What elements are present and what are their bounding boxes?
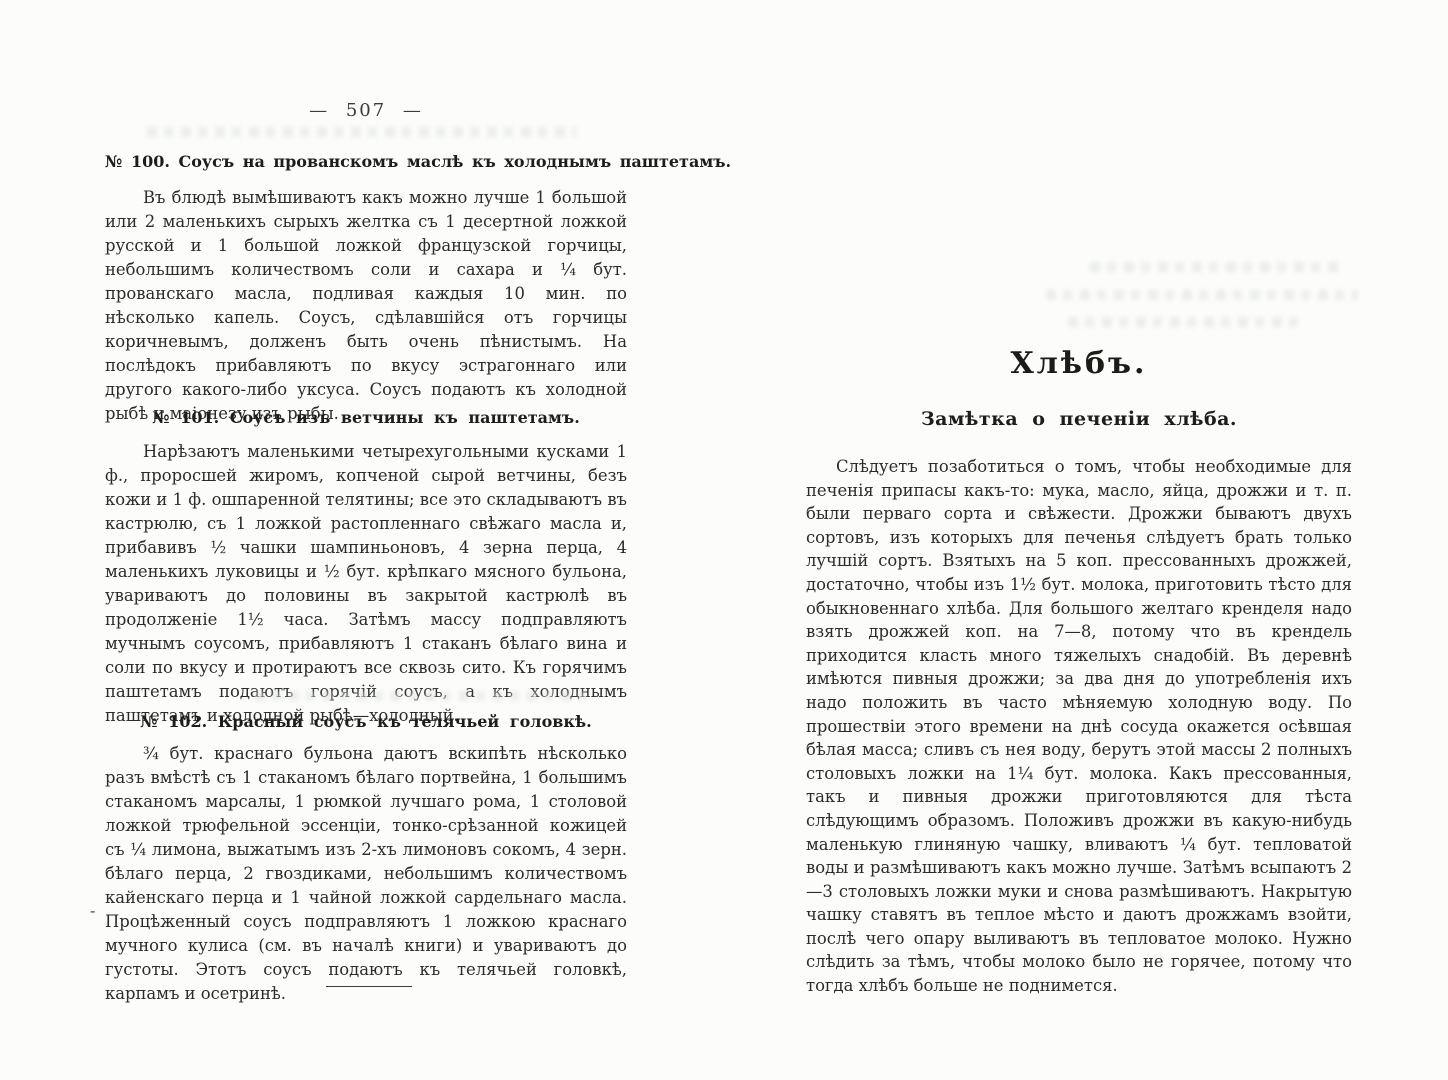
show-through-artifact [1068, 317, 1303, 327]
page-number: — 507 — [105, 100, 627, 121]
show-through-artifact [1090, 262, 1340, 272]
note-subtitle: Замѣтка о печеніи хлѣба. [806, 408, 1352, 430]
chapter-title: Хлѣбъ. [806, 346, 1352, 381]
show-through-artifact [1046, 290, 1358, 300]
show-through-artifact [147, 127, 577, 137]
section-divider [326, 986, 412, 987]
book-scan: { "left_page": { "page_number": "— 507 —… [0, 0, 1448, 1080]
right-page: Хлѣбъ. Замѣтка о печеніи хлѣба. Слѣдуетъ… [806, 0, 1352, 1080]
recipe-100-body: Въ блюдѣ вымѣшиваютъ какъ можно лучше 1 … [105, 186, 627, 426]
left-page: — 507 — № 100. Соусъ на прованскомъ масл… [105, 0, 627, 1080]
note-body: Слѣдуетъ позаботиться о томъ, чтобы необ… [806, 455, 1352, 998]
recipe-102-heading: № 102. Красный соусъ къ телячьей головкѣ… [105, 712, 627, 731]
stray-ink-mark: - [90, 901, 95, 920]
recipe-101-body: Нарѣзаютъ маленькими четырехугольными ку… [105, 440, 627, 728]
recipe-100-heading: № 100. Соусъ на прованскомъ маслѣ къ хол… [105, 152, 627, 171]
recipe-101-heading: № 101. Соусъ изъ ветчины къ паштетамъ. [105, 408, 627, 427]
show-through-artifact [255, 691, 585, 701]
recipe-102-body: ¾ бут. краснаго бульона даютъ вскипѣть н… [105, 742, 627, 1006]
